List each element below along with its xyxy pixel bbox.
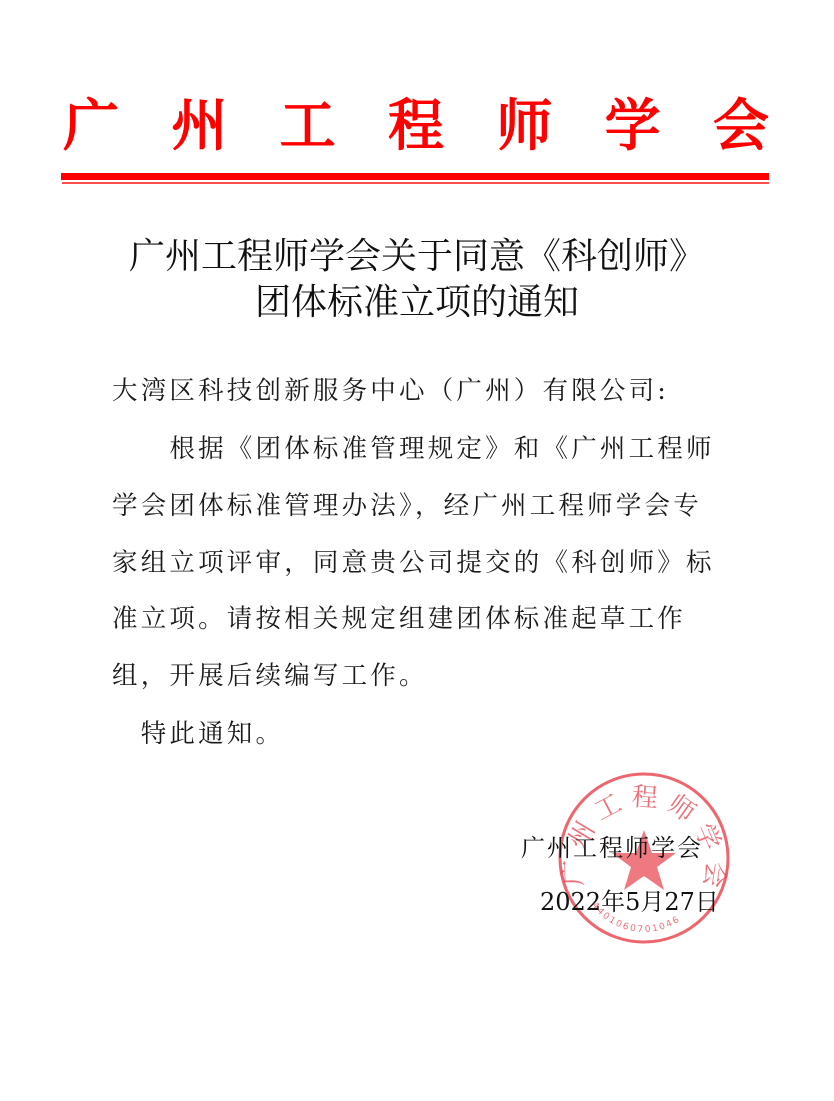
letterhead-title: 广 州 工 程 师 学 会 bbox=[62, 92, 770, 162]
body-line: 根据《团体标准管理规定》和《广州工程师 bbox=[112, 431, 722, 467]
notice-title-line-1: 广州工程师学会关于同意《科创师》 bbox=[100, 232, 734, 282]
letterhead-char: 会 bbox=[712, 92, 770, 162]
closing-line: 特此通知。 bbox=[112, 716, 722, 752]
body-line: 家组立项评审，同意贵公司提交的《科创师》标 bbox=[112, 545, 722, 581]
letterhead-divider-thin bbox=[62, 182, 769, 184]
letterhead-char: 州 bbox=[170, 92, 228, 162]
body-line: 学会团体标准管理办法》，经广州工程师学会专 bbox=[112, 488, 722, 524]
addressee: 大湾区科技创新服务中心（广州）有限公司: bbox=[112, 373, 722, 409]
letterhead-char: 师 bbox=[495, 92, 553, 162]
letterhead-char: 广 bbox=[62, 92, 120, 162]
letterhead-char: 程 bbox=[387, 92, 445, 162]
notice-title-line-2: 团体标准立项的通知 bbox=[100, 278, 734, 328]
letterhead-divider-thick bbox=[61, 173, 769, 180]
body-line: 准立项。请按相关规定组建团体标准起草工作 bbox=[112, 601, 722, 637]
letterhead-char: 学 bbox=[604, 92, 662, 162]
body-line: 组，开展后续编写工作。 bbox=[112, 658, 722, 694]
signature-date: 2022年5月27日 bbox=[540, 882, 719, 917]
letterhead-char: 工 bbox=[279, 92, 337, 162]
document-page: 广 州 工 程 师 学 会 广州工程师学会关于同意《科创师》 团体标准立项的通知… bbox=[0, 0, 834, 1101]
signature-org: 广州工程师学会 bbox=[521, 828, 703, 863]
